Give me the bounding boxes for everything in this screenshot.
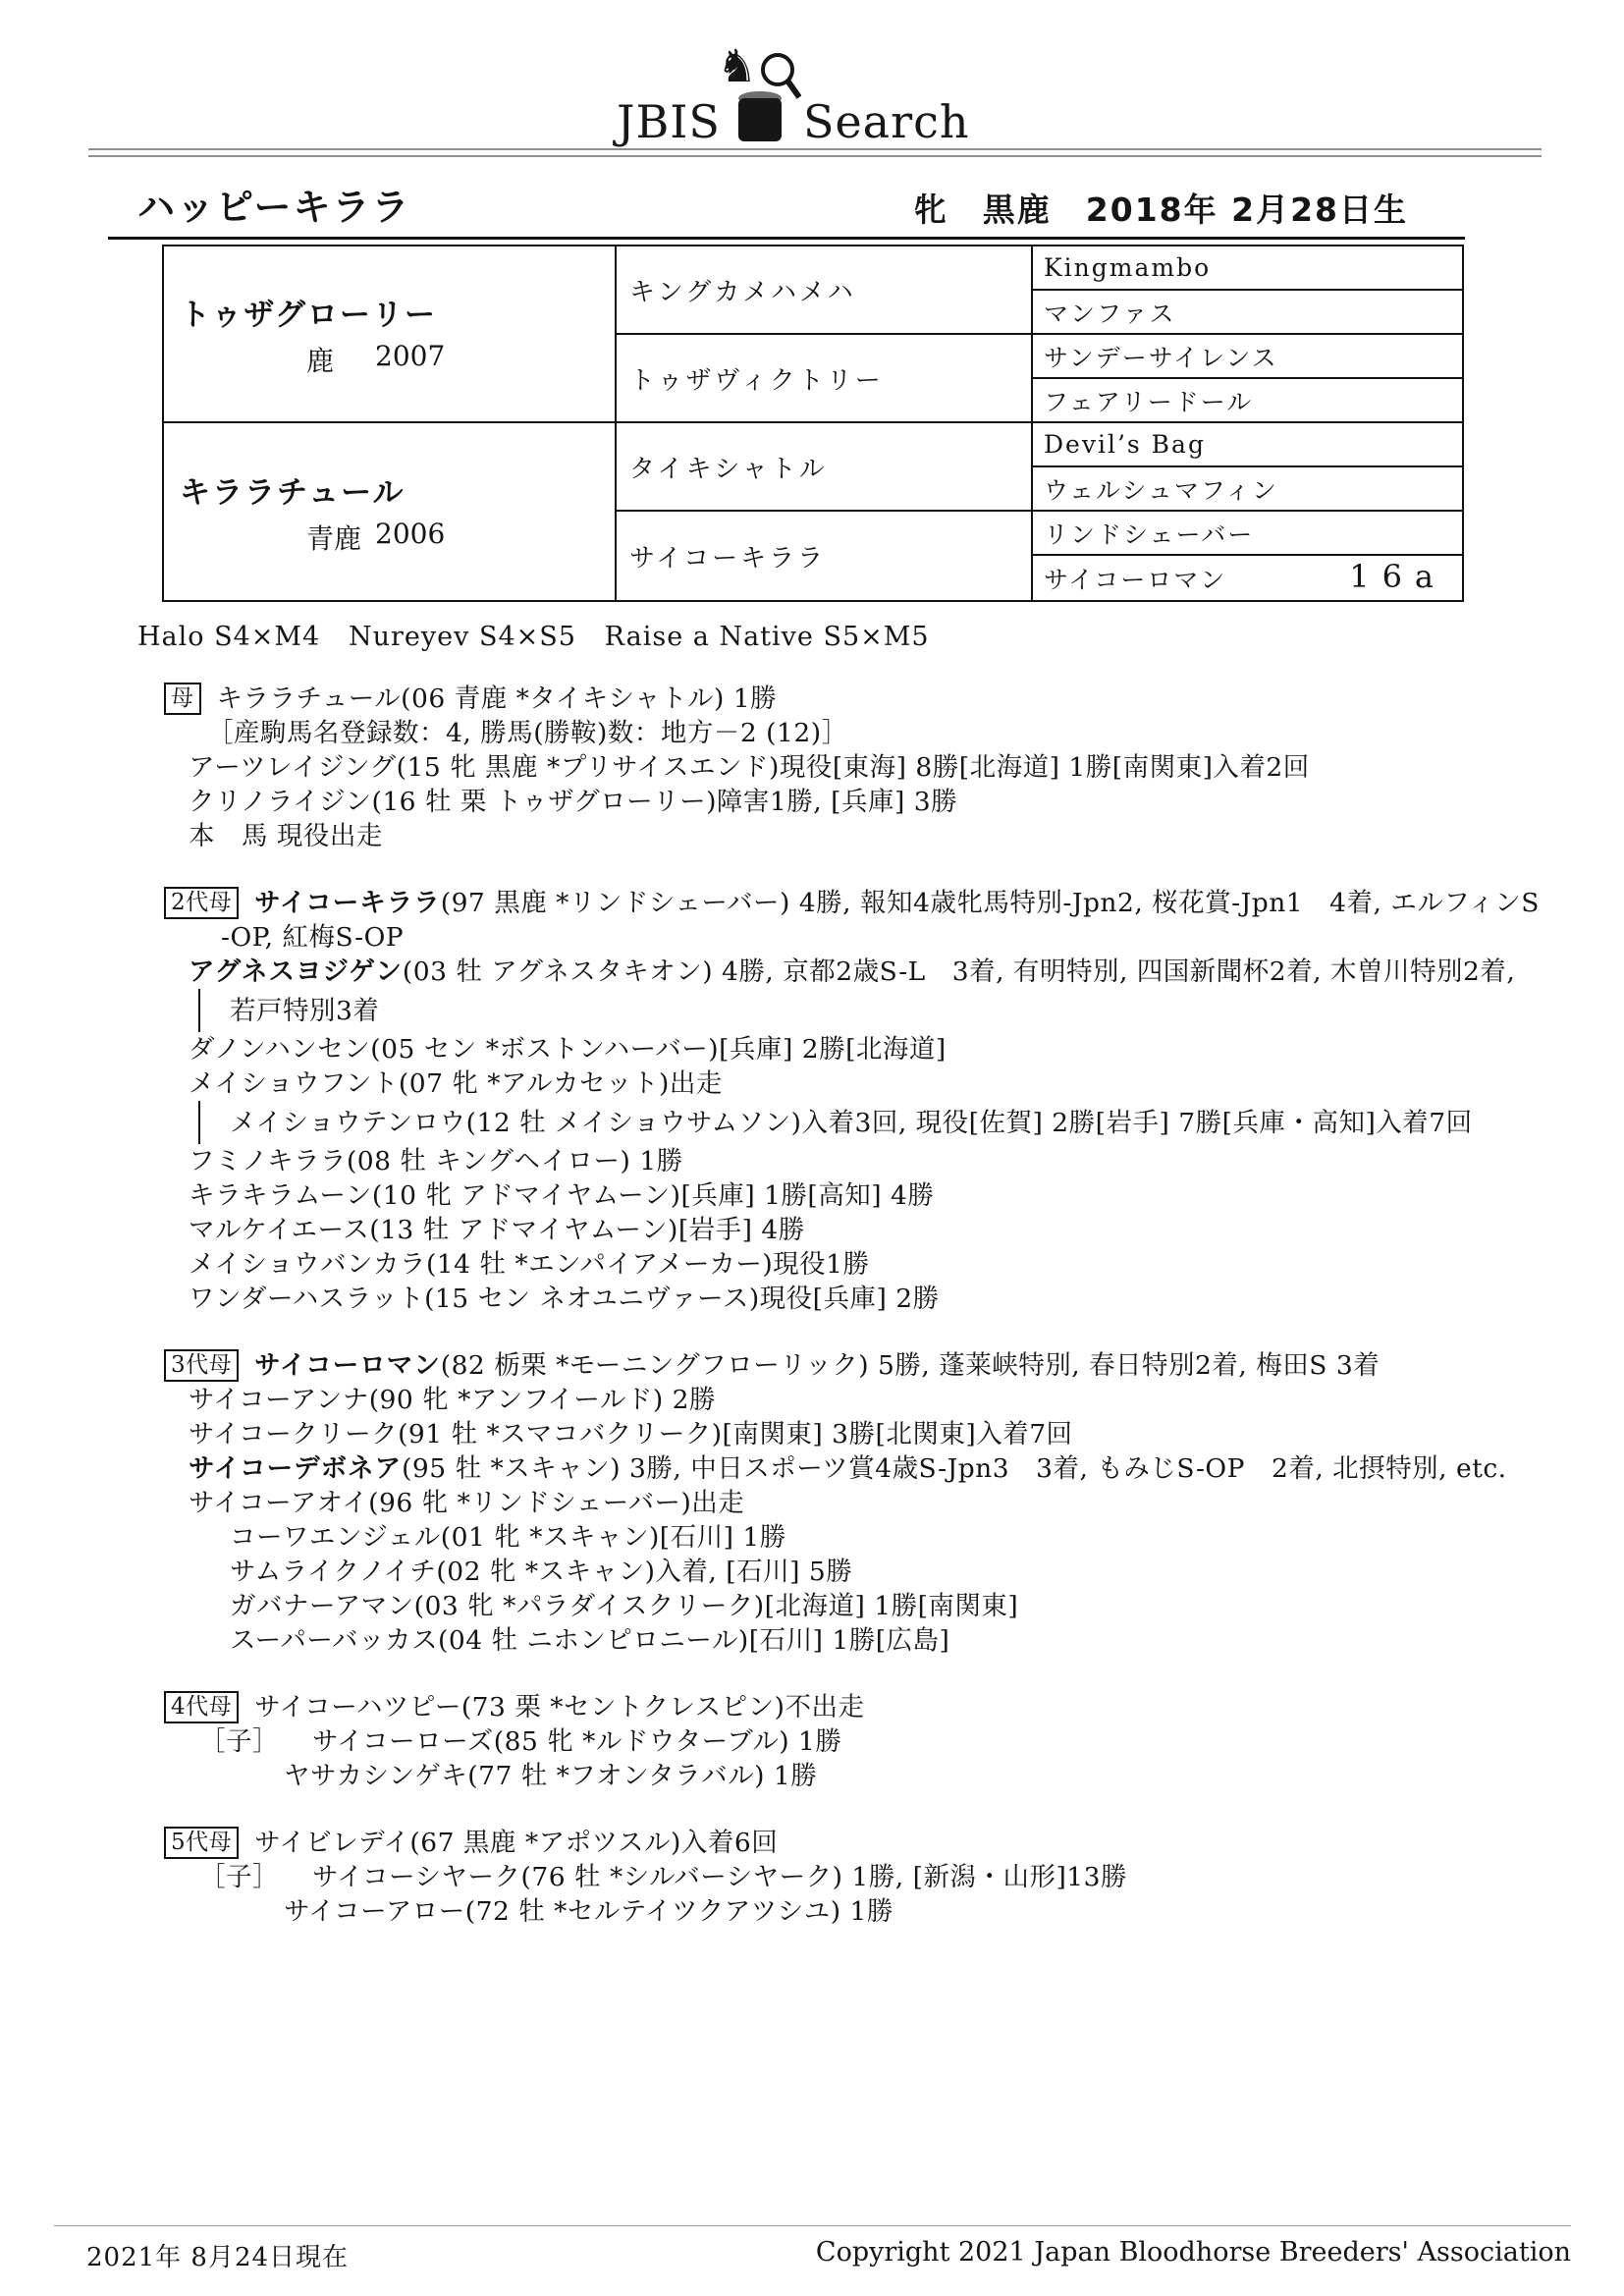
pedigree-line: ガバナーアマン(03 牝 *パラダイスクリーク)[北海道] 1勝[南関東] — [164, 1589, 1595, 1623]
jbis-logo-text: JBIS — [617, 99, 721, 144]
stakes-winner-name: アグネスヨジゲン — [189, 957, 403, 987]
stakes-winner-name: サイコーデボネア — [189, 1453, 402, 1484]
offspring-label: ［子］ — [199, 1726, 279, 1757]
pedigree-line: メイショウフント(07 牝 *アルカセット)出走 — [164, 1066, 1595, 1101]
pedigree-line: ［子］サイコーローズ(85 牝 *ルドウターブル) 1勝 — [164, 1724, 1595, 1759]
inbreeding-note: Halo S4×M4 Nureyev S4×S5 Raise a Native … — [137, 622, 930, 652]
pedigree-line: キラキラムーン(10 牝 アドマイヤムーン)[兵庫] 1勝[高知] 4勝 — [164, 1178, 1595, 1213]
pedigree-cell-greatgrandparent: マンファス — [1033, 291, 1462, 335]
pedigree-line-text: アーツレイジング(15 牝 黒鹿 *プリサイスエンド)現役[東海] 8勝[北海道… — [189, 752, 1310, 783]
pedigree-line: サイコーデボネア(95 牡 *スキャン) 3勝, 中日スポーツ賞4歳S-Jpn3… — [164, 1451, 1595, 1486]
sire-name: トゥザグローリー — [164, 290, 615, 334]
generation-label: 母 — [164, 683, 201, 715]
pedigree-line-text: サイコーアオイ(96 牝 *リンドシェーバー)出走 — [189, 1488, 744, 1518]
pedigree-cell-grandparent: キングカメハメハ — [617, 246, 1031, 335]
pedigree-line-text: クリノライジン(16 牡 栗 トゥザグローリー)障害1勝, [兵庫] 3勝 — [189, 787, 957, 817]
jbis-logo: JBIS ♞ Search — [617, 49, 969, 144]
horse-name: ハッピーキララ — [137, 177, 410, 231]
pedigree-cell-greatgrandparent: フェアリードール — [1033, 379, 1462, 423]
pedigree-line: アグネスヨジゲン(03 牡 アグネスタキオン) 4勝, 京都2歳S-L 3着, … — [164, 955, 1595, 989]
pedigree-table: トゥザグローリー 鹿 2007 キララチュール 青鹿 2006 キングカメハメハ… — [162, 245, 1464, 602]
pedigree-cell-greatgrandparent: Kingmambo — [1033, 246, 1462, 291]
pedigree-line: マルケイエース(13 牡 アドマイヤムーン)[岩手] 4勝 — [164, 1213, 1595, 1247]
stakes-winner-name: サイコーキララ — [254, 888, 441, 918]
sire-coat: 鹿 — [306, 340, 375, 379]
pedigree-line: メイショウバンカラ(14 牡 *エンパイアメーカー)現役1勝 — [164, 1247, 1595, 1282]
header-divider — [88, 148, 1542, 157]
can-icon — [738, 98, 782, 141]
pedigree-line: ダノンハンセン(05 セン *ボストンハーバー)[兵庫] 2勝[北海道] — [164, 1032, 1595, 1066]
pedigree-parents-column: トゥザグローリー 鹿 2007 キララチュール 青鹿 2006 — [164, 246, 617, 600]
pedigree-line: サイコーアロー(72 牡 *セルテイツクアツシユ) 1勝 — [164, 1894, 1595, 1929]
footer-divider — [54, 2225, 1571, 2226]
section-head-text: サイビレデイ(67 黒鹿 *アポツスル)入着6回 — [254, 1826, 778, 1860]
pedigree-cell-greatgrandparent: サンデーサイレンス — [1033, 335, 1462, 379]
pedigree-line: サイコーアオイ(96 牝 *リンドシェーバー)出走 — [164, 1486, 1595, 1520]
pedigree-section: 母キララチュール(06 青鹿 *タイキシャトル) 1勝［産駒馬名登録数：4, 勝… — [164, 682, 1595, 853]
pedigree-cell-grandparent: タイキシャトル — [617, 423, 1031, 512]
pedigree-greatgrandparents-column: Kingmambo マンファス サンデーサイレンス フェアリードール Devil… — [1033, 246, 1462, 600]
pedigree-line: スーパーバッカス(04 牡 ニホンピロニール)[石川] 1勝[広島] — [164, 1623, 1595, 1658]
title-bar: ハッピーキララ 牝 黒鹿 2018年 2月28日生 — [108, 183, 1465, 240]
horse-icon: ♞ — [717, 43, 757, 88]
pedigree-line-text: フミノキララ(08 牡 キングヘイロー) 1勝 — [189, 1146, 683, 1176]
report-date: 2021年 8月24日現在 — [86, 2237, 349, 2273]
pedigree-line: メイショウテンロウ(12 牡 メイショウサムソン)入着3回, 現役[佐賀] 2勝… — [164, 1101, 1595, 1144]
pedigree-line: -OP, 紅梅S-OP — [164, 920, 1595, 955]
pedigree-line: 本 馬 現役出走 — [164, 819, 1595, 853]
generation-label: 3代母 — [164, 1349, 239, 1382]
pedigree-line-text: サイコークリーク(91 牡 *スマコバクリーク)[南関東] 3勝[北関東]入着7… — [189, 1419, 1073, 1449]
copyright-notice: Copyright 2021 Japan Bloodhorse Breeders… — [816, 2237, 1571, 2268]
pedigree-cell-grandparent: トゥザヴィクトリー — [617, 335, 1031, 423]
descent-line-bar — [198, 1101, 200, 1144]
pedigree-section: 2代母サイコーキララ(97 黒鹿 *リンドシェーバー) 4勝, 報知4歳牝馬特別… — [164, 886, 1595, 1316]
pedigree-line: アーツレイジング(15 牝 黒鹿 *プリサイスエンド)現役[東海] 8勝[北海道… — [164, 750, 1595, 785]
pedigree-line-text: 若戸特別3着 — [230, 996, 379, 1026]
pedigree-line: サイコーアンナ(90 牝 *アンフイールド) 2勝 — [164, 1383, 1595, 1417]
magnifier-handle-icon — [787, 81, 799, 97]
section-head-text: サイコーハツピー(73 栗 *セントクレスピン)不出走 — [254, 1690, 864, 1724]
pedigree-line: クリノライジン(16 牡 栗 トゥザグローリー)障害1勝, [兵庫] 3勝 — [164, 785, 1595, 819]
pedigree-line-text: サイコーシヤーク(76 牡 *シルバーシヤーク) 1勝, [新潟・山形]13勝 — [312, 1862, 1127, 1892]
pedigree-section: 3代母サイコーロマン(82 栃栗 *モーニングフローリック) 5勝, 蓬莱峡特別… — [164, 1348, 1595, 1658]
pedigree-sections: 母キララチュール(06 青鹿 *タイキシャトル) 1勝［産駒馬名登録数：4, 勝… — [164, 682, 1595, 1961]
jbis-logo-icon: ♞ — [723, 49, 801, 144]
pedigree-report-page: JBIS ♞ Search ハッピーキララ 牝 黒鹿 2018年 2月28日生 … — [0, 0, 1624, 2296]
section-head-line: 2代母サイコーキララ(97 黒鹿 *リンドシェーバー) 4勝, 報知4歳牝馬特別… — [164, 886, 1595, 920]
pedigree-line-text: -OP, 紅梅S-OP — [221, 922, 404, 953]
section-head-text: キララチュール(06 青鹿 *タイキシャトル) 1勝 — [217, 682, 778, 716]
pedigree-line: 若戸特別3着 — [164, 989, 1595, 1032]
family-number: 16a — [1349, 558, 1446, 595]
pedigree-line-text: コーワエンジェル(01 牝 *スキャン)[石川] 1勝 — [230, 1522, 786, 1553]
section-head-line: 母キララチュール(06 青鹿 *タイキシャトル) 1勝 — [164, 682, 1595, 716]
section-head-line: 4代母サイコーハツピー(73 栗 *セントクレスピン)不出走 — [164, 1690, 1595, 1724]
pedigree-line: ヤサカシンゲキ(77 牡 *フオンタラバル) 1勝 — [164, 1759, 1595, 1793]
pedigree-line-text: (95 牡 *スキャン) 3勝, 中日スポーツ賞4歳S-Jpn3 3着, もみじ… — [402, 1453, 1507, 1484]
pedigree-line: ［産駒馬名登録数：4, 勝馬(勝鞍)数：地方－2 (12)］ — [164, 716, 1595, 750]
pedigree-line-text: サムライクノイチ(02 牝 *スキャン)入着, [石川] 5勝 — [230, 1557, 852, 1587]
pedigree-line-text: ガバナーアマン(03 牝 *パラダイスクリーク)[北海道] 1勝[南関東] — [230, 1591, 1018, 1621]
magnifier-icon — [763, 55, 792, 84]
pedigree-line-text: サイコーローズ(85 牝 *ルドウターブル) 1勝 — [312, 1726, 841, 1757]
section-head-line: 5代母サイビレデイ(67 黒鹿 *アポツスル)入着6回 — [164, 1826, 1595, 1860]
pedigree-line-text: ヤサカシンゲキ(77 牡 *フオンタラバル) 1勝 — [284, 1761, 817, 1791]
dam-info: 青鹿 2006 — [306, 518, 615, 557]
pedigree-line: ［子］サイコーシヤーク(76 牡 *シルバーシヤーク) 1勝, [新潟・山形]1… — [164, 1860, 1595, 1894]
generation-label: 5代母 — [164, 1827, 239, 1859]
pedigree-section: 5代母サイビレデイ(67 黒鹿 *アポツスル)入着6回［子］サイコーシヤーク(7… — [164, 1826, 1595, 1929]
generation-label: 4代母 — [164, 1691, 239, 1723]
section-head-text: サイコーロマン(82 栃栗 *モーニングフローリック) 5勝, 蓬莱峡特別, 春… — [254, 1348, 1380, 1383]
stakes-winner-name: サイコーロマン — [254, 1350, 441, 1381]
dam-coat: 青鹿 — [306, 518, 375, 557]
pedigree-cell-greatgrandparent: リンドシェーバー — [1033, 512, 1462, 556]
descent-line-bar — [198, 989, 200, 1032]
pedigree-line: サムライクノイチ(02 牝 *スキャン)入着, [石川] 5勝 — [164, 1555, 1595, 1589]
pedigree-line-text: 本 馬 現役出走 — [189, 821, 383, 851]
pedigree-line-text: キラキラムーン(10 牝 アドマイヤムーン)[兵庫] 1勝[高知] 4勝 — [189, 1180, 934, 1211]
pedigree-line-text: (03 牡 アグネスタキオン) 4勝, 京都2歳S-L 3着, 有明特別, 四国… — [403, 957, 1515, 987]
horse-sex-coat-birthdate: 牝 黒鹿 2018年 2月28日生 — [914, 185, 1408, 231]
dam-name: キララチュール — [164, 467, 615, 512]
pedigree-line: フミノキララ(08 牡 キングヘイロー) 1勝 — [164, 1144, 1595, 1178]
pedigree-cell-grandparent: サイコーキララ — [617, 512, 1031, 600]
pedigree-line-text: ［産駒馬名登録数：4, 勝馬(勝鞍)数：地方－2 (12)］ — [207, 718, 848, 748]
pedigree-line-text: メイショウバンカラ(14 牡 *エンパイアメーカー)現役1勝 — [189, 1249, 870, 1280]
pedigree-line-text: ワンダーハスラット(15 セン ネオユニヴァース)現役[兵庫] 2勝 — [189, 1284, 940, 1314]
pedigree-cell-greatgrandparent: サイコーロマン 16a — [1033, 556, 1462, 600]
dam-year: 2006 — [375, 518, 445, 557]
pedigree-line-text: ダノンハンセン(05 セン *ボストンハーバー)[兵庫] 2勝[北海道] — [189, 1034, 947, 1065]
section-head-text: サイコーキララ(97 黒鹿 *リンドシェーバー) 4勝, 報知4歳牝馬特別-Jp… — [254, 886, 1540, 920]
pedigree-line-text: スーパーバッカス(04 牡 ニホンピロニール)[石川] 1勝[広島] — [230, 1625, 949, 1656]
greatgrandparent-name: サイコーロマン — [1044, 561, 1226, 596]
pedigree-line-text: メイショウフント(07 牝 *アルカセット)出走 — [189, 1068, 723, 1099]
pedigree-section: 4代母サイコーハツピー(73 栗 *セントクレスピン)不出走［子］サイコーローズ… — [164, 1690, 1595, 1793]
pedigree-grandparents-column: キングカメハメハ トゥザヴィクトリー タイキシャトル サイコーキララ — [617, 246, 1033, 600]
pedigree-line-text: サイコーアンナ(90 牝 *アンフイールド) 2勝 — [189, 1385, 716, 1415]
pedigree-line-text: メイショウテンロウ(12 牡 メイショウサムソン)入着3回, 現役[佐賀] 2勝… — [230, 1108, 1473, 1138]
pedigree-line: ワンダーハスラット(15 セン ネオユニヴァース)現役[兵庫] 2勝 — [164, 1282, 1595, 1316]
jbis-logo-search-text: Search — [803, 99, 970, 144]
pedigree-cell-sire: トゥザグローリー 鹿 2007 — [164, 246, 615, 423]
pedigree-line-text: サイコーアロー(72 牡 *セルテイツクアツシユ) 1勝 — [284, 1896, 893, 1927]
offspring-label: ［子］ — [199, 1862, 279, 1892]
sire-info: 鹿 2007 — [306, 340, 615, 379]
section-head-line: 3代母サイコーロマン(82 栃栗 *モーニングフローリック) 5勝, 蓬莱峡特別… — [164, 1348, 1595, 1383]
pedigree-line-text: マルケイエース(13 牡 アドマイヤムーン)[岩手] 4勝 — [189, 1215, 805, 1245]
pedigree-cell-dam: キララチュール 青鹿 2006 — [164, 423, 615, 600]
pedigree-cell-greatgrandparent: Devil’s Bag — [1033, 423, 1462, 467]
pedigree-cell-greatgrandparent: ウェルシュマフィン — [1033, 467, 1462, 512]
pedigree-line: サイコークリーク(91 牡 *スマコバクリーク)[南関東] 3勝[北関東]入着7… — [164, 1417, 1595, 1451]
generation-label: 2代母 — [164, 887, 239, 919]
pedigree-line: コーワエンジェル(01 牝 *スキャン)[石川] 1勝 — [164, 1520, 1595, 1555]
sire-year: 2007 — [375, 340, 445, 379]
